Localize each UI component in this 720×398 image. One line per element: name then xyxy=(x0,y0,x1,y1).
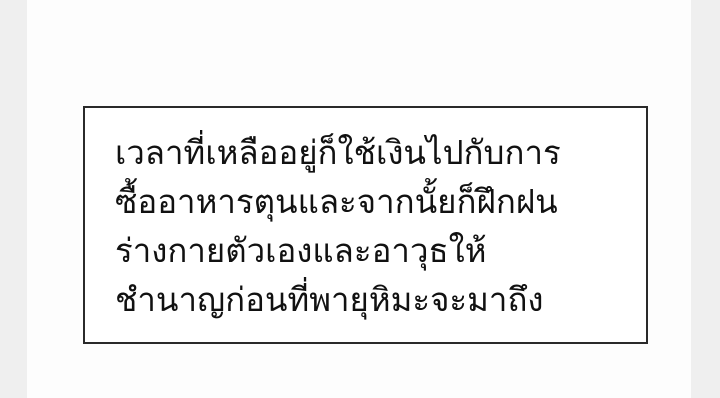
caption-box: เวลาที่เหลืออยู่ก็ใช้เงินไปกับการ ซื้ออา… xyxy=(83,106,648,344)
caption-line-3: ร่างกายตัวเองและอาวุธให้ xyxy=(115,226,636,275)
caption-text: เวลาที่เหลืออยู่ก็ใช้เงินไปกับการ ซื้ออา… xyxy=(115,128,636,324)
caption-line-1: เวลาที่เหลืออยู่ก็ใช้เงินไปกับการ xyxy=(115,128,636,177)
caption-line-2: ซื้ออาหารตุนและจากนั้ยก็ฝึกฝน xyxy=(115,177,636,226)
caption-line-4: ชำนาญก่อนที่พายุหิมะจะมาถึง xyxy=(115,275,636,324)
